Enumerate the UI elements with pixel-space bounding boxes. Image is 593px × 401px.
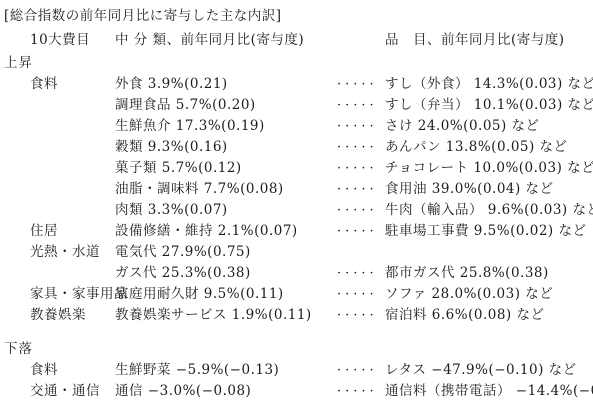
category-cell — [30, 158, 115, 179]
table-header-row: 10大費目 中 分 類、前年同月比(寄与度) 品 目、前年同月比(寄与度) — [0, 30, 593, 51]
table-row: 光熱・水道 電気代 27.9%(0.75) — [0, 242, 593, 263]
mid-class-cell: 外食 3.9%(0.21) — [115, 74, 337, 95]
category-cell: 食料 — [30, 360, 115, 381]
leader-dots: ····· — [337, 284, 385, 305]
item-cell: ソファ 28.0%(0.03) など — [385, 284, 553, 305]
leader-dots: ····· — [337, 360, 385, 381]
leader-dots: ····· — [337, 116, 385, 137]
table-row: 教養娯楽 教養娯楽サービス 1.9%(0.11) ····· 宿泊料 6.6%(… — [0, 305, 593, 326]
table-row: 菓子類 5.7%(0.12) ····· チョコレート 10.0%(0.03) … — [0, 158, 593, 179]
table-row: 油脂・調味料 7.7%(0.08) ····· 食用油 39.0%(0.04) … — [0, 179, 593, 200]
item-cell: レタス −47.9%(−0.10) など — [385, 360, 577, 381]
category-cell — [30, 179, 115, 200]
item-cell: あんパン 13.8%(0.05) など — [385, 137, 568, 158]
category-cell — [30, 137, 115, 158]
item-cell: 都市ガス代 25.8%(0.38) — [385, 263, 549, 284]
mid-class-cell: ガス代 25.3%(0.38) — [115, 263, 337, 284]
column-header-item: 品 目、前年同月比(寄与度) — [385, 30, 565, 51]
item-cell: 牛肉（輸入品） 9.6%(0.03) など — [385, 200, 593, 221]
table-row: 食料 外食 3.9%(0.21) ····· すし（外食） 14.3%(0.03… — [0, 74, 593, 95]
category-cell — [30, 263, 115, 284]
category-cell: 交通・通信 — [30, 381, 115, 401]
table-row: 肉類 3.3%(0.07) ····· 牛肉（輸入品） 9.6%(0.03) な… — [0, 200, 593, 221]
mid-class-cell: 調理食品 5.7%(0.20) — [115, 95, 337, 116]
item-cell: さけ 24.0%(0.05) など — [385, 116, 540, 137]
item-cell: すし（外食） 14.3%(0.03) など — [385, 74, 593, 95]
column-header-mid-class: 中 分 類、前年同月比(寄与度) — [115, 30, 337, 51]
item-cell: チョコレート 10.0%(0.03) など — [385, 158, 593, 179]
leader-dots: ····· — [337, 95, 385, 116]
category-cell: 食料 — [30, 74, 115, 95]
item-cell: 駐車場工事費 9.5%(0.02) など — [385, 221, 586, 242]
section-label: 下落 — [0, 339, 593, 360]
section: 下落 食料 生鮮野菜 −5.9%(−0.13) ····· レタス −47.9%… — [0, 339, 593, 401]
table-row: 食料 生鮮野菜 −5.9%(−0.13) ····· レタス −47.9%(−0… — [0, 360, 593, 381]
column-header-category: 10大費目 — [30, 30, 115, 51]
leader-dots: ····· — [337, 200, 385, 221]
mid-class-cell: 通信 −3.0%(−0.08) — [115, 381, 337, 401]
item-cell: 食用油 39.0%(0.04) など — [385, 179, 554, 200]
category-cell — [30, 95, 115, 116]
mid-class-cell: 生鮮魚介 17.3%(0.19) — [115, 116, 337, 137]
leader-dots: ····· — [337, 221, 385, 242]
item-cell: 通信料（携帯電話） −14.4%(−0.17) — [385, 381, 593, 401]
item-cell: 宿泊料 6.6%(0.08) など — [385, 305, 544, 326]
table-row: ガス代 25.3%(0.38) ····· 都市ガス代 25.8%(0.38) — [0, 263, 593, 284]
table-row: 住居 設備修繕・維持 2.1%(0.07) ····· 駐車場工事費 9.5%(… — [0, 221, 593, 242]
mid-class-cell: 穀類 9.3%(0.16) — [115, 137, 337, 158]
table-row: 穀類 9.3%(0.16) ····· あんパン 13.8%(0.05) など — [0, 137, 593, 158]
section-label: 上昇 — [0, 53, 593, 74]
category-cell: 家具・家事用品 — [30, 284, 115, 305]
category-cell: 住居 — [30, 221, 115, 242]
leader-dots: ····· — [337, 74, 385, 95]
mid-class-cell: 肉類 3.3%(0.07) — [115, 200, 337, 221]
section-rows: 食料 生鮮野菜 −5.9%(−0.13) ····· レタス −47.9%(−0… — [0, 360, 593, 401]
leader-dots: ····· — [337, 158, 385, 179]
mid-class-cell: 生鮮野菜 −5.9%(−0.13) — [115, 360, 337, 381]
leader-dots: ····· — [337, 381, 385, 401]
category-cell — [30, 200, 115, 221]
leader-dots: ····· — [337, 137, 385, 158]
mid-class-cell: 教養娯楽サービス 1.9%(0.11) — [115, 305, 337, 326]
sections: 上昇 食料 外食 3.9%(0.21) ····· すし（外食） 14.3%(0… — [0, 53, 593, 401]
document-title: [総合指数の前年同月比に寄与した主な内訳] — [0, 0, 593, 26]
category-cell: 光熱・水道 — [30, 242, 115, 263]
leader-dots — [337, 242, 385, 263]
section-rows: 食料 外食 3.9%(0.21) ····· すし（外食） 14.3%(0.03… — [0, 74, 593, 326]
leader-dots: ····· — [337, 179, 385, 200]
mid-class-cell: 油脂・調味料 7.7%(0.08) — [115, 179, 337, 200]
item-cell: すし（弁当） 10.1%(0.03) など — [385, 95, 593, 116]
mid-class-cell: 家庭用耐久財 9.5%(0.11) — [115, 284, 337, 305]
category-cell: 教養娯楽 — [30, 305, 115, 326]
category-cell — [30, 116, 115, 137]
section: 上昇 食料 外食 3.9%(0.21) ····· すし（外食） 14.3%(0… — [0, 53, 593, 326]
table-row: 生鮮魚介 17.3%(0.19) ····· さけ 24.0%(0.05) など — [0, 116, 593, 137]
table-row: 調理食品 5.7%(0.20) ····· すし（弁当） 10.1%(0.03)… — [0, 95, 593, 116]
leader-dots: ····· — [337, 305, 385, 326]
column-header-dots-spacer — [337, 30, 385, 51]
mid-class-cell: 電気代 27.9%(0.75) — [115, 242, 337, 263]
table-row: 家具・家事用品 家庭用耐久財 9.5%(0.11) ····· ソファ 28.0… — [0, 284, 593, 305]
leader-dots: ····· — [337, 263, 385, 284]
mid-class-cell: 菓子類 5.7%(0.12) — [115, 158, 337, 179]
mid-class-cell: 設備修繕・維持 2.1%(0.07) — [115, 221, 337, 242]
document-page: [総合指数の前年同月比に寄与した主な内訳] 10大費目 中 分 類、前年同月比(… — [0, 0, 593, 401]
table-row: 交通・通信 通信 −3.0%(−0.08) ····· 通信料（携帯電話） −1… — [0, 381, 593, 401]
